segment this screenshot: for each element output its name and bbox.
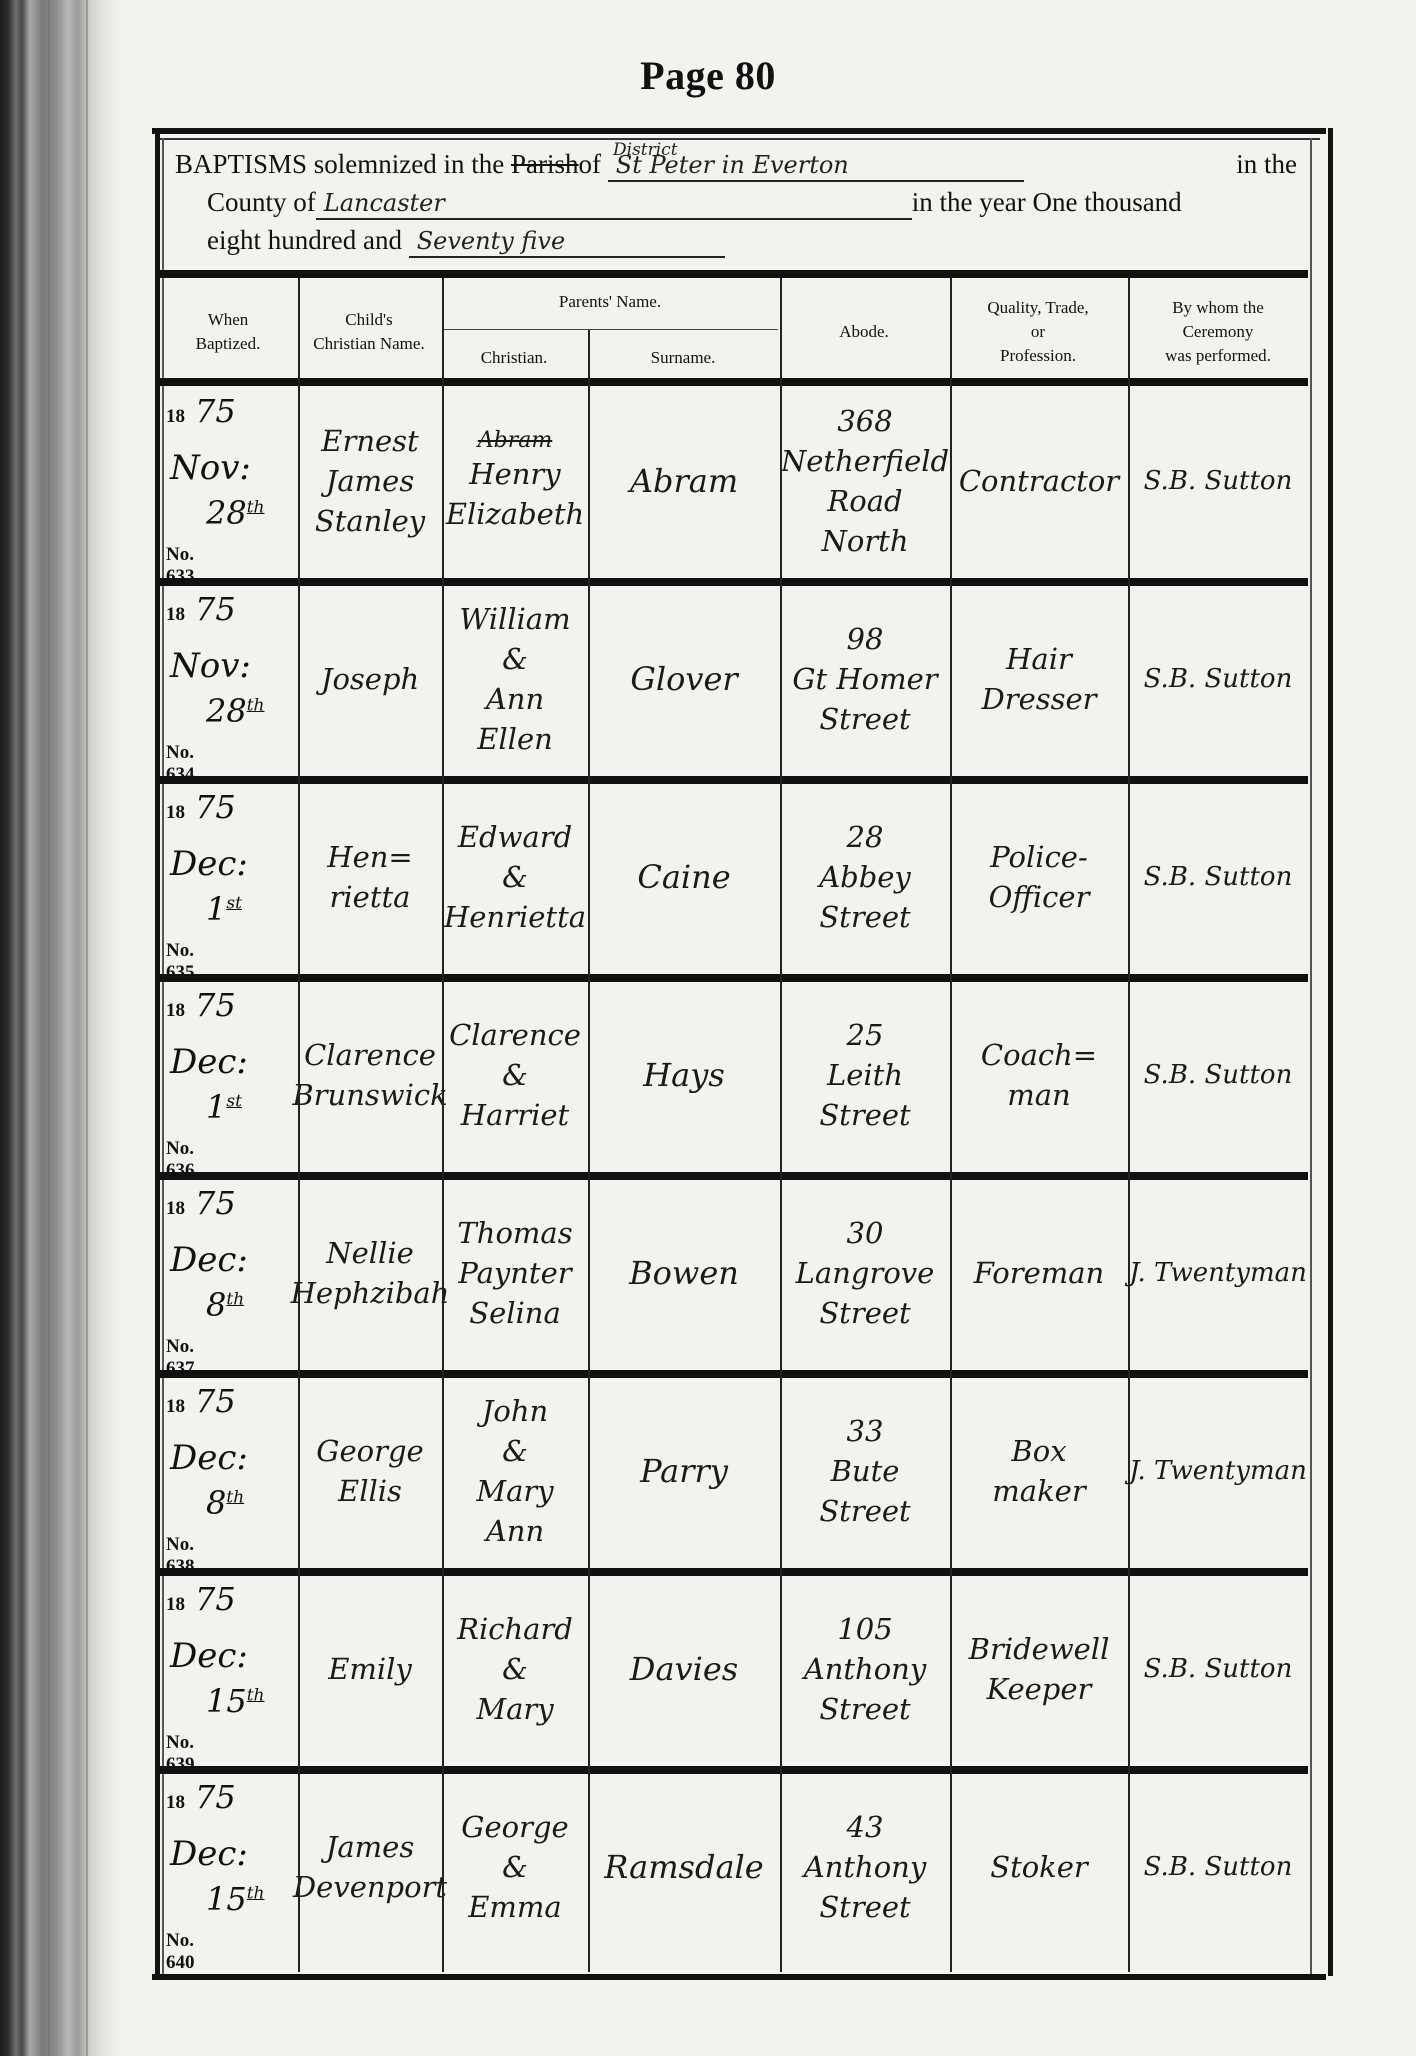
child-name-line: Stanley: [315, 501, 425, 541]
child-name-line: rietta: [330, 877, 411, 917]
col-header-surname: Surname.: [588, 334, 778, 382]
trade-line: Box: [1011, 1431, 1066, 1471]
year-label: 1875: [166, 1184, 236, 1222]
col-header-text: Ceremony: [1183, 320, 1254, 344]
officiant: S.B. Sutton: [1130, 982, 1306, 1168]
parents-christian-line: Paynter: [458, 1253, 571, 1293]
surname-text: Bowen: [629, 1253, 739, 1293]
parents-surname: Caine: [590, 784, 778, 970]
abode-line: Street: [819, 1887, 910, 1927]
day-number: 28: [206, 692, 247, 730]
parents-christian-line: Edward: [458, 817, 572, 857]
col-header-text: was performed.: [1165, 344, 1271, 368]
col-header-text: Baptized.: [196, 332, 261, 356]
child-name-line: Hen=: [327, 837, 412, 877]
child-name: GeorgeEllis: [300, 1378, 440, 1564]
parents-surname: Glover: [590, 586, 778, 772]
trade: Stoker: [952, 1774, 1126, 1960]
heading-text: BAPTISMS solemnized in the: [175, 149, 504, 179]
day-suffix: th: [247, 1883, 265, 1903]
officiant-name: S.B. Sutton: [1144, 1847, 1293, 1887]
trade: Boxmaker: [952, 1378, 1126, 1564]
parents-christian-line: Ann: [486, 1511, 544, 1551]
child-name-line: Nellie: [326, 1233, 414, 1273]
trade-line: Contractor: [959, 461, 1119, 501]
heading-text: County of: [207, 187, 316, 217]
parents-christian-line: &: [502, 1055, 528, 1095]
surname-text: Caine: [637, 857, 730, 897]
child-name-line: James: [326, 1827, 414, 1867]
trade: Police-Officer: [952, 784, 1126, 970]
surname-text: Glover: [630, 659, 737, 699]
officiant: S.B. Sutton: [1130, 1774, 1306, 1960]
col-header-text: By whom the: [1172, 296, 1264, 320]
inserted-word: District: [613, 131, 678, 169]
binding-crease: [86, 0, 88, 2056]
abode: 33ButeStreet: [782, 1378, 948, 1564]
child-name-line: Ernest: [321, 421, 418, 461]
abode-line: Bute: [831, 1451, 900, 1491]
register-heading: BAPTISMS solemnized in the Parishof St P…: [175, 145, 1305, 259]
officiant: S.B. Sutton: [1130, 784, 1306, 970]
heading-line-1: BAPTISMS solemnized in the Parishof St P…: [175, 145, 1305, 183]
abode-line: Anthony: [804, 1649, 926, 1689]
day-suffix: th: [226, 1487, 244, 1507]
year-prefix: 18: [166, 802, 185, 823]
parents-christian: Clarence&Harriet: [444, 982, 586, 1168]
abode-line: Street: [819, 897, 910, 937]
trade-line: Keeper: [987, 1669, 1092, 1709]
parents-christian-line: &: [502, 857, 528, 897]
trade-line: Dresser: [981, 679, 1096, 719]
abode-line: Netherfield: [781, 441, 949, 481]
year-prefix: 18: [166, 1396, 185, 1417]
col-header-parents: Parents' Name.: [442, 282, 778, 322]
officiant-name: S.B. Sutton: [1144, 1055, 1293, 1095]
parents-christian-line: &: [502, 1649, 528, 1689]
parents-christian-line: George: [461, 1807, 568, 1847]
day-label: 1st: [206, 1088, 242, 1126]
heading-text: in the: [1236, 145, 1297, 183]
parents-christian-line: Elizabeth: [446, 494, 584, 534]
day-number: 8: [206, 1484, 226, 1522]
col-header-child: Child's Christian Name.: [298, 282, 440, 382]
day-label: 28th: [206, 494, 265, 532]
day-label: 15th: [206, 1880, 265, 1918]
abode-line: 105: [837, 1609, 892, 1649]
heading-line-3: eight hundred and Seventy five: [175, 221, 1305, 259]
day-suffix: th: [247, 497, 265, 517]
day-number: 28: [206, 494, 247, 532]
year-handwritten: 75: [195, 1184, 236, 1222]
parents-christian-line: Henrietta: [444, 897, 586, 937]
abode-line: Anthony: [804, 1847, 926, 1887]
column-divider: [780, 278, 782, 1972]
abode-line: Street: [819, 1095, 910, 1135]
abode: 105AnthonyStreet: [782, 1576, 948, 1762]
col-header-abode: Abode.: [780, 282, 948, 382]
frame-inner-line-left: [162, 138, 164, 1974]
year-label: 1875: [166, 1382, 236, 1420]
year-handwritten: 75: [195, 590, 236, 628]
trade: Foreman: [952, 1180, 1126, 1366]
child-name-line: Joseph: [321, 659, 419, 699]
year-label: 1875: [166, 986, 236, 1024]
header-rule-bottom: [160, 378, 1308, 386]
month-label: Dec:: [170, 1042, 248, 1082]
day-suffix: st: [226, 893, 242, 913]
row-divider: [160, 1766, 1308, 1774]
year-handwritten: 75: [195, 392, 236, 430]
abode-line: 25: [847, 1015, 884, 1055]
year-handwritten: 75: [195, 788, 236, 826]
child-name-line: Ellis: [338, 1471, 402, 1511]
trade-line: Police-: [990, 837, 1088, 877]
parents-christian: ThomasPaynterSelina: [444, 1180, 586, 1366]
child-name-line: Devenport: [293, 1867, 447, 1907]
day-label: 1st: [206, 890, 242, 928]
trade-line: Officer: [989, 877, 1090, 917]
child-name: Hen=rietta: [300, 784, 440, 970]
child-name-line: George: [316, 1431, 423, 1471]
header-rule-top: [160, 270, 1308, 278]
col-header-when: When Baptized.: [160, 282, 296, 382]
parents-christian: William&AnnEllen: [444, 586, 586, 772]
month-label: Nov:: [170, 448, 251, 488]
column-divider: [950, 278, 952, 1972]
abode-line: Street: [819, 699, 910, 739]
trade-line: Bridewell: [969, 1629, 1110, 1669]
row-divider: [160, 578, 1308, 586]
trade-line: Hair: [1006, 639, 1072, 679]
child-name: ClarenceBrunswick: [300, 982, 440, 1168]
abode: 30LangroveStreet: [782, 1180, 948, 1366]
county-field: Lancaster: [316, 188, 912, 220]
heading-text: of: [579, 149, 602, 179]
surname-text: Abram: [630, 461, 738, 501]
parents-christian-line: Mary: [476, 1471, 553, 1511]
child-name: Emily: [300, 1576, 440, 1762]
row-divider: [160, 1172, 1308, 1180]
page-title: Page 80: [0, 52, 1416, 99]
day-label: 28th: [206, 692, 265, 730]
parents-surname: Davies: [590, 1576, 778, 1762]
parents-christian: George&Emma: [444, 1774, 586, 1960]
col-header-text: Quality, Trade,: [987, 296, 1088, 320]
child-name-line: Emily: [328, 1649, 412, 1689]
year-label: 1875: [166, 788, 236, 826]
parents-christian-line: Selina: [469, 1293, 561, 1333]
year-words-field: Seventy five: [409, 226, 725, 258]
abode-line: 30: [847, 1213, 884, 1253]
parents-surname: Hays: [590, 982, 778, 1168]
heading-line-2: County ofLancasterin the year One thousa…: [175, 183, 1305, 221]
abode-line: Street: [819, 1293, 910, 1333]
row-divider: [160, 1568, 1308, 1576]
col-header-trade: Quality, Trade, or Profession.: [950, 282, 1126, 382]
struck-name: Abram: [478, 428, 552, 454]
parents-christian-line: Ellen: [477, 719, 553, 759]
year-prefix: 18: [166, 406, 185, 427]
abode-line: Leith: [827, 1055, 903, 1095]
day-suffix: th: [226, 1289, 244, 1309]
officiant-name: S.B. Sutton: [1144, 857, 1293, 897]
col-header-officiant: By whom the Ceremony was performed.: [1128, 282, 1308, 382]
abode-line: 33: [847, 1411, 884, 1451]
year-handwritten: 75: [195, 986, 236, 1024]
parents-christian-line: William: [459, 599, 570, 639]
year-label: 1875: [166, 1778, 236, 1816]
day-label: 8th: [206, 1286, 244, 1324]
year-prefix: 18: [166, 1198, 185, 1219]
year-handwritten: 75: [195, 1382, 236, 1420]
column-divider: [298, 278, 300, 1972]
abode-line: Street: [819, 1689, 910, 1729]
officiant-name: J. Twentyman: [1129, 1451, 1307, 1491]
col-header-christian: Christian.: [442, 334, 586, 382]
trade: HairDresser: [952, 586, 1126, 772]
month-label: Dec:: [170, 1240, 248, 1280]
abode: 25LeithStreet: [782, 982, 948, 1168]
parents-christian: Richard&Mary: [444, 1576, 586, 1762]
month-label: Dec:: [170, 1438, 248, 1478]
child-name-line: Hephzibah: [291, 1273, 450, 1313]
column-divider: [588, 330, 590, 1972]
month-label: Dec:: [170, 1834, 248, 1874]
abode-line: 43: [847, 1807, 884, 1847]
col-header-text: Profession.: [1000, 344, 1076, 368]
surname-text: Davies: [630, 1649, 738, 1689]
parents-surname: Abram: [590, 388, 778, 574]
officiant-name: S.B. Sutton: [1144, 461, 1293, 501]
day-suffix: th: [247, 695, 265, 715]
day-suffix: st: [226, 1091, 242, 1111]
parents-christian-line: Mary: [476, 1689, 553, 1729]
struck-word: Parish: [511, 149, 579, 179]
row-divider: [160, 1370, 1308, 1378]
day-label: 8th: [206, 1484, 244, 1522]
abode-line: Langrove: [796, 1253, 935, 1293]
trade: Contractor: [952, 388, 1126, 574]
year-prefix: 18: [166, 1000, 185, 1021]
day-label: 15th: [206, 1682, 265, 1720]
officiant-name: S.B. Sutton: [1144, 659, 1293, 699]
column-divider: [1128, 278, 1130, 1972]
row-divider: [160, 776, 1308, 784]
parents-christian-line: Henry: [469, 454, 560, 494]
parents-christian-line: Ann: [486, 679, 544, 719]
parents-christian-line: &: [502, 1431, 528, 1471]
surname-text: Parry: [640, 1451, 728, 1491]
parents-christian-line: Harriet: [461, 1095, 569, 1135]
register-number: No. 640: [166, 1930, 195, 1974]
parents-christian-line: Richard: [457, 1609, 573, 1649]
day-number: 8: [206, 1286, 226, 1324]
parents-christian: John&MaryAnn: [444, 1378, 586, 1564]
parents-christian-line: Emma: [468, 1887, 561, 1927]
abode-line: 368: [837, 401, 892, 441]
col-header-text: Child's: [345, 308, 392, 332]
year-handwritten: 75: [195, 1580, 236, 1618]
col-header-text: When: [208, 308, 249, 332]
trade-line: Coach=: [981, 1035, 1097, 1075]
day-number: 1: [206, 1088, 226, 1126]
officiant: S.B. Sutton: [1130, 1576, 1306, 1762]
year-label: 1875: [166, 1580, 236, 1618]
year-prefix: 18: [166, 1792, 185, 1813]
surname-text: Hays: [643, 1055, 724, 1095]
parents-christian-line: Thomas: [457, 1213, 572, 1253]
trade: Coach=man: [952, 982, 1126, 1168]
parents-surname: Bowen: [590, 1180, 778, 1366]
child-name-line: Brunswick: [292, 1075, 447, 1115]
abode: 43AnthonyStreet: [782, 1774, 948, 1960]
year-handwritten: 75: [195, 1778, 236, 1816]
binding-crease: [48, 0, 50, 2056]
row-divider: [160, 974, 1308, 982]
parents-christian: AbramHenryElizabeth: [444, 388, 586, 574]
officiant: S.B. Sutton: [1130, 388, 1306, 574]
trade-line: man: [1007, 1075, 1070, 1115]
month-label: Nov:: [170, 646, 251, 686]
parents-christian-line: &: [502, 639, 528, 679]
officiant-name: J. Twentyman: [1129, 1253, 1307, 1293]
year-label: 1875: [166, 590, 236, 628]
heading-text: in the year One thousand: [912, 187, 1182, 217]
trade-line: maker: [992, 1471, 1085, 1511]
abode-line: 98: [847, 619, 884, 659]
abode-line: Gt Homer: [792, 659, 937, 699]
book-binding: [0, 0, 120, 2056]
child-name: JamesDevenport: [300, 1774, 440, 1960]
abode-line: North: [821, 521, 908, 561]
child-name-line: Clarence: [304, 1035, 436, 1075]
parents-surname: Parry: [590, 1378, 778, 1564]
parents-christian-line: &: [502, 1847, 528, 1887]
year-label: 1875: [166, 392, 236, 430]
child-name: ErnestJamesStanley: [300, 388, 440, 574]
abode-line: Road: [827, 481, 902, 521]
column-divider: [442, 278, 444, 1972]
abode: 368NetherfieldRoadNorth: [782, 388, 948, 574]
frame-inner-line-right: [1310, 138, 1312, 1974]
day-number: 15: [206, 1880, 247, 1918]
day-number: 1: [206, 890, 226, 928]
month-label: Dec:: [170, 1636, 248, 1676]
surname-text: Ramsdale: [604, 1847, 763, 1887]
heading-text: eight hundred and: [207, 225, 402, 255]
officiant: S.B. Sutton: [1130, 586, 1306, 772]
parents-divider: [442, 329, 778, 330]
child-name-line: James: [326, 461, 414, 501]
abode-line: Street: [819, 1491, 910, 1531]
officiant: J. Twentyman: [1130, 1378, 1306, 1564]
year-prefix: 18: [166, 604, 185, 625]
day-number: 15: [206, 1682, 247, 1720]
col-header-text: or: [1031, 320, 1045, 344]
month-label: Dec:: [170, 844, 248, 884]
child-name: NellieHephzibah: [300, 1180, 440, 1366]
abode-line: 28: [847, 817, 884, 857]
parents-surname: Ramsdale: [590, 1774, 778, 1960]
frame-border-bottom: [152, 1974, 1326, 1980]
day-suffix: th: [247, 1685, 265, 1705]
abode-line: Abbey: [819, 857, 911, 897]
parents-christian-line: John: [482, 1391, 548, 1431]
trade: BridewellKeeper: [952, 1576, 1126, 1762]
trade-line: Stoker: [990, 1847, 1088, 1887]
col-header-text: Christian Name.: [313, 332, 424, 356]
child-name: Joseph: [300, 586, 440, 772]
parents-christian-line: Clarence: [449, 1015, 581, 1055]
abode: 28AbbeyStreet: [782, 784, 948, 970]
abode: 98Gt HomerStreet: [782, 586, 948, 772]
year-prefix: 18: [166, 1594, 185, 1615]
officiant: J. Twentyman: [1130, 1180, 1306, 1366]
parents-christian: Edward&Henrietta: [444, 784, 586, 970]
trade-line: Foreman: [974, 1253, 1105, 1293]
officiant-name: S.B. Sutton: [1144, 1649, 1293, 1689]
